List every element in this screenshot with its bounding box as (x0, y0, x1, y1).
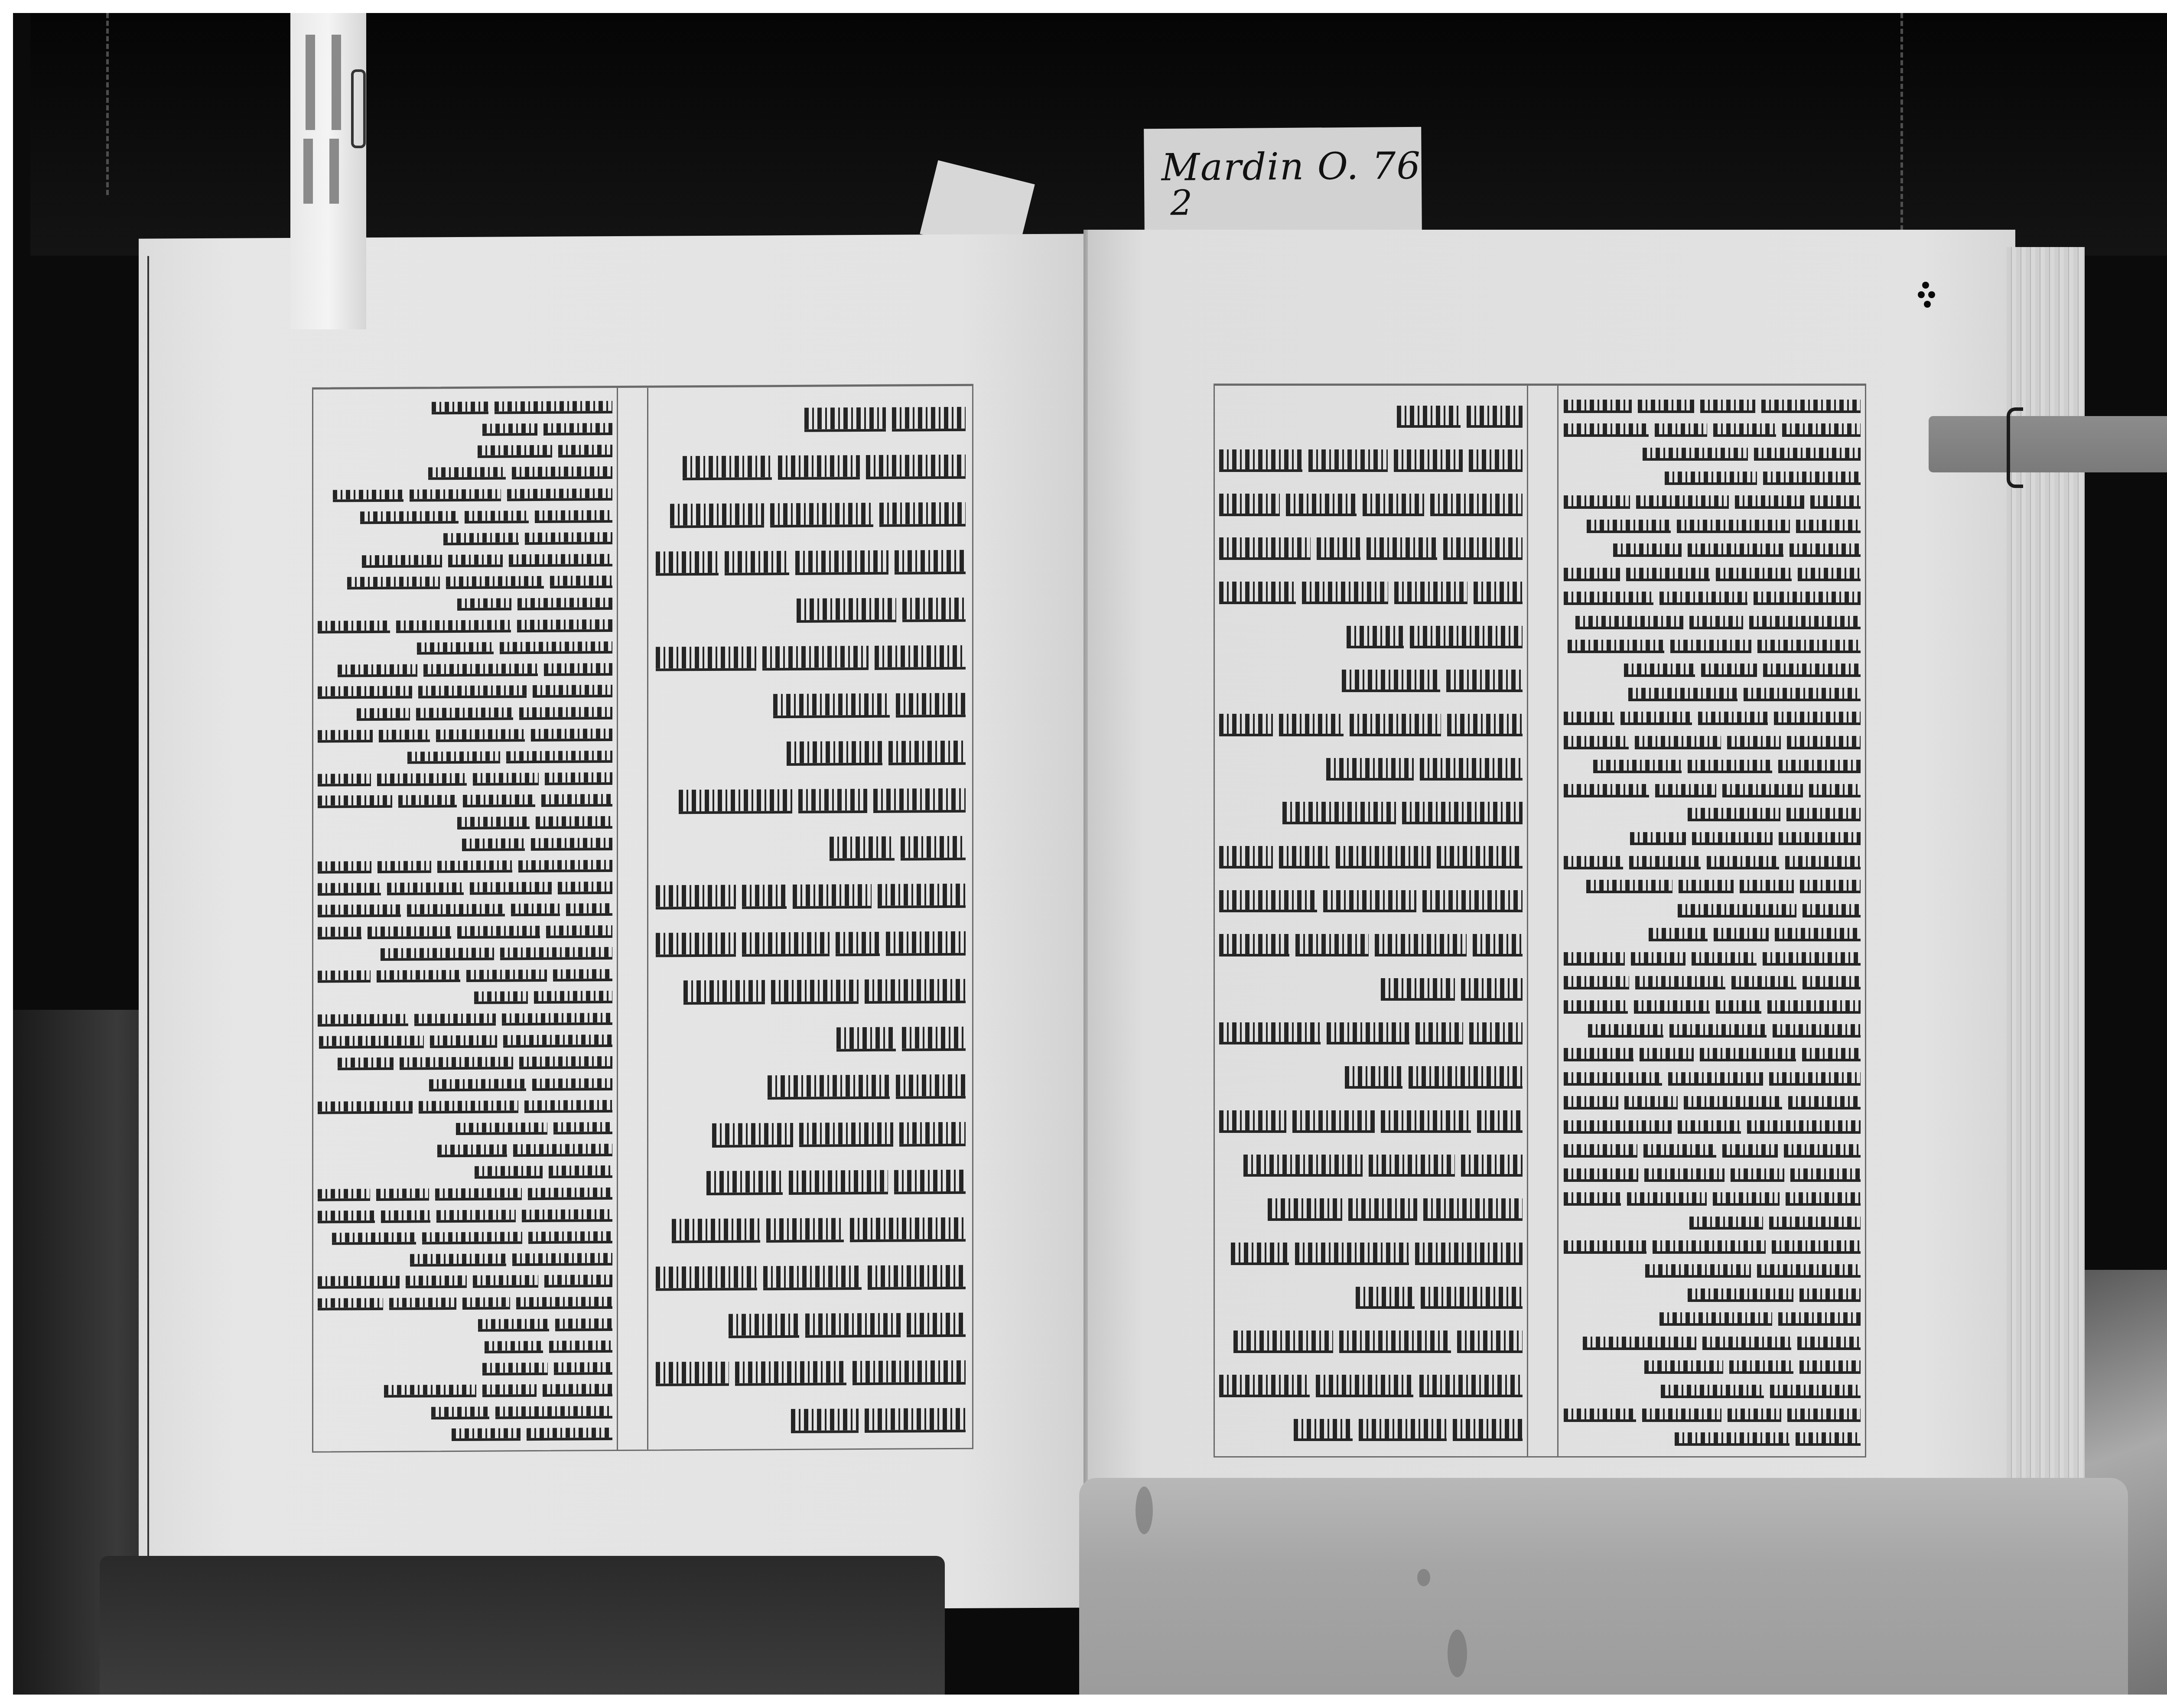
syriac-word (895, 550, 966, 574)
syriac-word (1415, 1022, 1463, 1045)
syriac-word (502, 1013, 612, 1026)
syriac-word (531, 838, 612, 851)
syriac-word (1796, 520, 1861, 533)
syriac-word (1729, 1360, 1793, 1374)
syriac-word (656, 885, 736, 909)
syriac-word (1787, 1409, 1861, 1422)
text-line (318, 401, 612, 412)
syriac-word (381, 1210, 431, 1223)
syriac-word (1473, 934, 1523, 956)
text-line (318, 1013, 612, 1024)
text-line (1564, 1409, 1861, 1419)
text-line (1564, 1240, 1861, 1251)
column-outer-small (1564, 392, 1861, 1450)
text-line (1219, 582, 1523, 602)
syriac-word (1678, 904, 1796, 917)
syriac-word (1568, 640, 1664, 653)
text-line (1564, 1096, 1861, 1107)
syriac-word (338, 1057, 394, 1070)
syriac-word (1798, 568, 1861, 581)
syriac-word (362, 555, 442, 568)
syriac-word (1410, 626, 1523, 648)
syriac-word (1292, 1110, 1375, 1133)
syriac-word (435, 1188, 522, 1201)
syriac-word (1474, 582, 1523, 604)
syriac-word (1564, 976, 1629, 989)
text-line (318, 1100, 612, 1111)
syriac-word (536, 816, 612, 829)
syriac-word (546, 925, 612, 938)
syriac-word (742, 885, 787, 909)
syriac-word (894, 1170, 966, 1194)
syriac-word (462, 1297, 510, 1310)
syriac-word (554, 1362, 612, 1375)
syriac-word (1627, 1192, 1707, 1206)
text-line (318, 445, 612, 456)
syriac-word (437, 860, 512, 873)
text-line (318, 1165, 612, 1177)
syriac-word (410, 489, 501, 502)
syriac-word (398, 795, 457, 807)
syriac-word (865, 1408, 966, 1433)
syriac-word (318, 970, 371, 983)
text-line (1564, 1288, 1861, 1299)
text-line (1564, 400, 1861, 410)
syriac-word (1394, 449, 1463, 472)
syriac-word (1790, 543, 1861, 557)
syriac-word (1722, 1144, 1778, 1158)
syriac-word (1586, 880, 1672, 893)
page-edge-line (147, 256, 149, 1591)
syriac-word (414, 1013, 496, 1026)
column-rule (617, 388, 618, 1450)
text-line (656, 550, 966, 573)
syriac-word (1402, 802, 1523, 824)
syriac-word (519, 1056, 612, 1069)
text-line (1564, 1217, 1861, 1227)
text-line (656, 1313, 966, 1336)
syriac-word (535, 510, 612, 523)
text-line (318, 947, 612, 958)
syriac-word (1323, 890, 1416, 913)
syriac-word (1653, 1240, 1765, 1254)
syriac-word (1722, 784, 1803, 797)
syriac-word (850, 1217, 966, 1242)
syriac-word (1799, 1288, 1861, 1302)
text-line (1564, 1168, 1861, 1179)
syriac-word (1689, 616, 1743, 629)
syriac-word (1754, 592, 1861, 605)
syriac-word (1350, 714, 1441, 736)
syriac-word (525, 532, 612, 545)
syriac-word (512, 1253, 612, 1266)
syriac-word (436, 1210, 515, 1223)
syriac-word (1761, 400, 1861, 413)
text-line (656, 931, 966, 954)
syriac-word (500, 641, 612, 654)
text-line (1564, 904, 1861, 915)
section-marker-icon (1918, 282, 1935, 312)
syriac-word (1219, 934, 1289, 956)
text-line (318, 488, 612, 500)
syriac-word (377, 861, 432, 873)
syriac-word (706, 1171, 782, 1195)
syriac-word (555, 1318, 612, 1331)
syriac-word (377, 970, 460, 983)
text-line (656, 693, 966, 716)
syriac-word (379, 730, 430, 742)
syriac-word (1744, 688, 1861, 701)
seam-stitching-left (106, 13, 109, 195)
text-line (1564, 1120, 1861, 1131)
text-line (1564, 1024, 1861, 1035)
syriac-word (423, 664, 538, 677)
text-line (1219, 714, 1523, 734)
syriac-word (457, 817, 530, 830)
text-line (1564, 1264, 1861, 1275)
syriac-word (1564, 592, 1653, 605)
syriac-word (1469, 1022, 1523, 1045)
syriac-word (1716, 1000, 1761, 1014)
syriac-word (1295, 1243, 1409, 1265)
column-inner-large (656, 393, 966, 1443)
stain (1448, 1630, 1467, 1677)
text-line (1564, 1144, 1861, 1155)
text-line (1219, 846, 1523, 866)
syriac-word (1268, 1198, 1342, 1221)
syriac-word (729, 1314, 799, 1338)
syriac-word (1800, 880, 1861, 893)
syriac-word (1769, 1072, 1861, 1086)
syriac-word (466, 969, 547, 983)
syriac-word (1219, 846, 1273, 869)
syriac-word (899, 1122, 966, 1146)
syriac-word (896, 693, 966, 717)
syriac-word (318, 1101, 413, 1114)
syriac-word (368, 926, 451, 939)
syriac-word (1796, 1432, 1861, 1446)
syriac-word (878, 884, 966, 908)
syriac-word (771, 979, 859, 1004)
syriac-word (1773, 1024, 1861, 1038)
syriac-word (338, 664, 417, 677)
text-line (318, 510, 612, 521)
syriac-word (1731, 976, 1796, 989)
text-line (1219, 978, 1523, 998)
syriac-word (1564, 1072, 1662, 1086)
syriac-word (1669, 1024, 1767, 1038)
text-line (318, 641, 612, 653)
syriac-word (725, 551, 789, 575)
syriac-word (1716, 568, 1792, 581)
syriac-word (465, 511, 529, 523)
syriac-word (1231, 1243, 1288, 1265)
syriac-word (1702, 1337, 1791, 1350)
catalog-label: Mardin O. 76 2 (1144, 127, 1422, 233)
syriac-word (500, 947, 612, 960)
syriac-word (1443, 537, 1523, 560)
syriac-word (1665, 472, 1757, 485)
syriac-word (865, 979, 966, 1004)
syriac-word (875, 645, 966, 670)
text-line (1564, 520, 1861, 530)
text-line (656, 455, 966, 478)
syriac-word (1767, 1000, 1861, 1014)
syriac-word (446, 576, 544, 589)
text-line (318, 838, 612, 849)
text-line (656, 1170, 966, 1193)
syriac-word (1778, 1312, 1861, 1326)
syriac-word (318, 795, 392, 808)
text-line (1219, 1155, 1523, 1174)
syriac-word (495, 1406, 612, 1419)
syriac-word (1785, 856, 1861, 869)
syriac-word (1419, 1375, 1523, 1397)
syriac-word (1295, 934, 1369, 956)
text-line (656, 979, 966, 1002)
syriac-word (1564, 1000, 1628, 1014)
text-line (1564, 976, 1861, 987)
syriac-word (318, 686, 412, 699)
syriac-word (1564, 856, 1623, 869)
syriac-word (1655, 784, 1717, 797)
text-line (318, 619, 612, 631)
syriac-word (805, 1313, 901, 1338)
syriac-word (1803, 904, 1861, 917)
label-shelfmark: Mardin O. 76 (1161, 144, 1421, 189)
syriac-word (1423, 1198, 1523, 1221)
syriac-word (866, 455, 966, 479)
text-line (1564, 832, 1861, 843)
text-line (1219, 1198, 1523, 1218)
syriac-word (1774, 712, 1861, 725)
text-line (318, 1384, 612, 1396)
syriac-word (1564, 423, 1649, 437)
syriac-word (670, 503, 764, 528)
syriac-word (512, 466, 612, 479)
syriac-word (712, 1123, 793, 1147)
syriac-word (1588, 1024, 1664, 1038)
syriac-word (318, 1298, 383, 1311)
syriac-word (407, 904, 505, 917)
text-block-right (1214, 384, 1866, 1457)
book-cover-dark (100, 1556, 945, 1695)
text-line (1219, 890, 1523, 910)
syriac-word (1731, 1168, 1784, 1182)
syriac-word (1799, 1360, 1861, 1374)
syriac-word (503, 1035, 612, 1048)
syriac-word (1700, 400, 1755, 413)
book-cover-light (1079, 1478, 2128, 1695)
syriac-word (406, 1275, 467, 1288)
syriac-word (1564, 784, 1649, 797)
text-line (1564, 1360, 1861, 1371)
syriac-word (470, 882, 552, 895)
syriac-word (1461, 978, 1523, 1001)
syriac-word (1564, 1192, 1621, 1206)
text-line (656, 1265, 966, 1288)
syriac-word (533, 685, 612, 698)
syriac-word (1420, 758, 1523, 781)
syriac-word (1394, 582, 1467, 604)
syriac-word (360, 511, 459, 524)
text-line (1219, 934, 1523, 954)
text-line (1564, 448, 1861, 459)
syriac-word (879, 502, 966, 527)
syriac-word (566, 904, 612, 916)
text-line (1564, 495, 1861, 506)
syriac-word (436, 729, 524, 742)
syriac-word (531, 729, 612, 742)
syriac-word (396, 620, 511, 633)
text-line (656, 502, 966, 525)
text-line (1219, 406, 1523, 426)
syriac-word (1714, 928, 1769, 941)
syriac-word (1286, 494, 1357, 516)
syriac-word (318, 1276, 400, 1289)
text-line (1219, 802, 1523, 822)
syriac-word (318, 1189, 370, 1201)
syriac-word (474, 991, 528, 1004)
syriac-word (1282, 802, 1396, 824)
syriac-word (836, 932, 880, 956)
syriac-word (1786, 1192, 1861, 1206)
syriac-word (507, 488, 612, 501)
syriac-word (886, 931, 966, 956)
syriac-word (1688, 543, 1783, 557)
text-line (318, 663, 612, 674)
syriac-word (1788, 1096, 1861, 1109)
syriac-word (1634, 1000, 1710, 1014)
syriac-word (1593, 760, 1682, 773)
text-line (318, 1122, 612, 1133)
syriac-word (1219, 1110, 1286, 1133)
text-line (1564, 808, 1861, 819)
syriac-word (1735, 495, 1804, 509)
syriac-word (1564, 1168, 1638, 1182)
syriac-word (1713, 1192, 1780, 1206)
syriac-word (332, 1232, 416, 1245)
syriac-word (1348, 1198, 1417, 1221)
syriac-word (1415, 1243, 1523, 1265)
text-line (1564, 1385, 1861, 1396)
syriac-word (1564, 712, 1614, 725)
syriac-word (319, 1035, 424, 1048)
text-line (656, 788, 966, 811)
text-line (1219, 1331, 1523, 1350)
text-line (318, 1318, 612, 1330)
syriac-word (431, 1406, 489, 1419)
text-line (318, 423, 612, 434)
syriac-word (516, 1297, 612, 1310)
syriac-word (888, 741, 966, 765)
text-line (656, 836, 966, 859)
text-line (318, 707, 612, 718)
syriac-word (1643, 448, 1748, 461)
syriac-word (1564, 568, 1620, 581)
syriac-word (1375, 934, 1467, 956)
syriac-word (1659, 1312, 1772, 1326)
text-line (318, 554, 612, 565)
syriac-word (1707, 856, 1779, 869)
right-page (1088, 230, 2015, 1504)
syriac-word (1779, 832, 1861, 846)
syriac-word (376, 1188, 429, 1201)
text-line (1564, 1312, 1861, 1323)
syriac-word (1243, 1155, 1363, 1177)
syriac-word (545, 772, 612, 785)
syriac-word (791, 1409, 859, 1433)
syriac-word (528, 1187, 612, 1200)
syriac-word (1397, 406, 1461, 428)
label-number: 2 (1170, 182, 1193, 223)
syriac-word (1336, 846, 1431, 869)
syriac-word (482, 423, 537, 436)
syriac-word (1620, 712, 1692, 725)
text-line (1564, 568, 1861, 579)
syriac-word (1279, 714, 1344, 736)
syriac-word (902, 598, 966, 622)
syriac-word (437, 1144, 507, 1157)
syriac-word (1317, 537, 1360, 560)
syriac-word (1728, 1409, 1781, 1422)
syriac-word (429, 1079, 526, 1092)
text-line (318, 1253, 612, 1264)
syriac-word (1564, 1409, 1636, 1422)
syriac-word (1670, 640, 1751, 653)
syriac-word (873, 788, 966, 813)
syriac-word (495, 401, 612, 414)
text-line (1219, 1022, 1523, 1042)
syriac-word (1655, 423, 1707, 437)
syriac-word (1763, 664, 1861, 677)
syriac-word (1784, 1144, 1861, 1158)
text-line (1219, 449, 1523, 469)
syriac-word (1381, 978, 1454, 1001)
column-rule (1527, 386, 1528, 1456)
column-rule (647, 388, 648, 1450)
text-line (656, 1027, 966, 1050)
syriac-word (532, 1078, 612, 1091)
text-line (656, 1360, 966, 1383)
text-line (318, 882, 612, 893)
syriac-word (1422, 890, 1523, 913)
text-line (1564, 952, 1861, 963)
syriac-word (506, 751, 612, 764)
syriac-word (443, 533, 519, 546)
text-line (656, 1408, 966, 1431)
syriac-word (770, 503, 873, 527)
syriac-word (1684, 1096, 1783, 1109)
syriac-word (513, 1144, 612, 1157)
syriac-word (763, 1266, 862, 1290)
syriac-word (656, 646, 756, 671)
text-line (1564, 543, 1861, 554)
text-line (656, 884, 966, 907)
syriac-word (387, 882, 464, 895)
syriac-word (485, 1341, 543, 1353)
syriac-word (416, 707, 513, 720)
text-line (318, 751, 612, 762)
syriac-word (1564, 495, 1630, 509)
syriac-word (381, 948, 494, 961)
syriac-word (798, 789, 868, 813)
syriac-word (357, 708, 410, 720)
syriac-word (1624, 664, 1695, 677)
syriac-word (457, 926, 540, 939)
syriac-word (1583, 1337, 1696, 1350)
text-line (318, 991, 612, 1002)
